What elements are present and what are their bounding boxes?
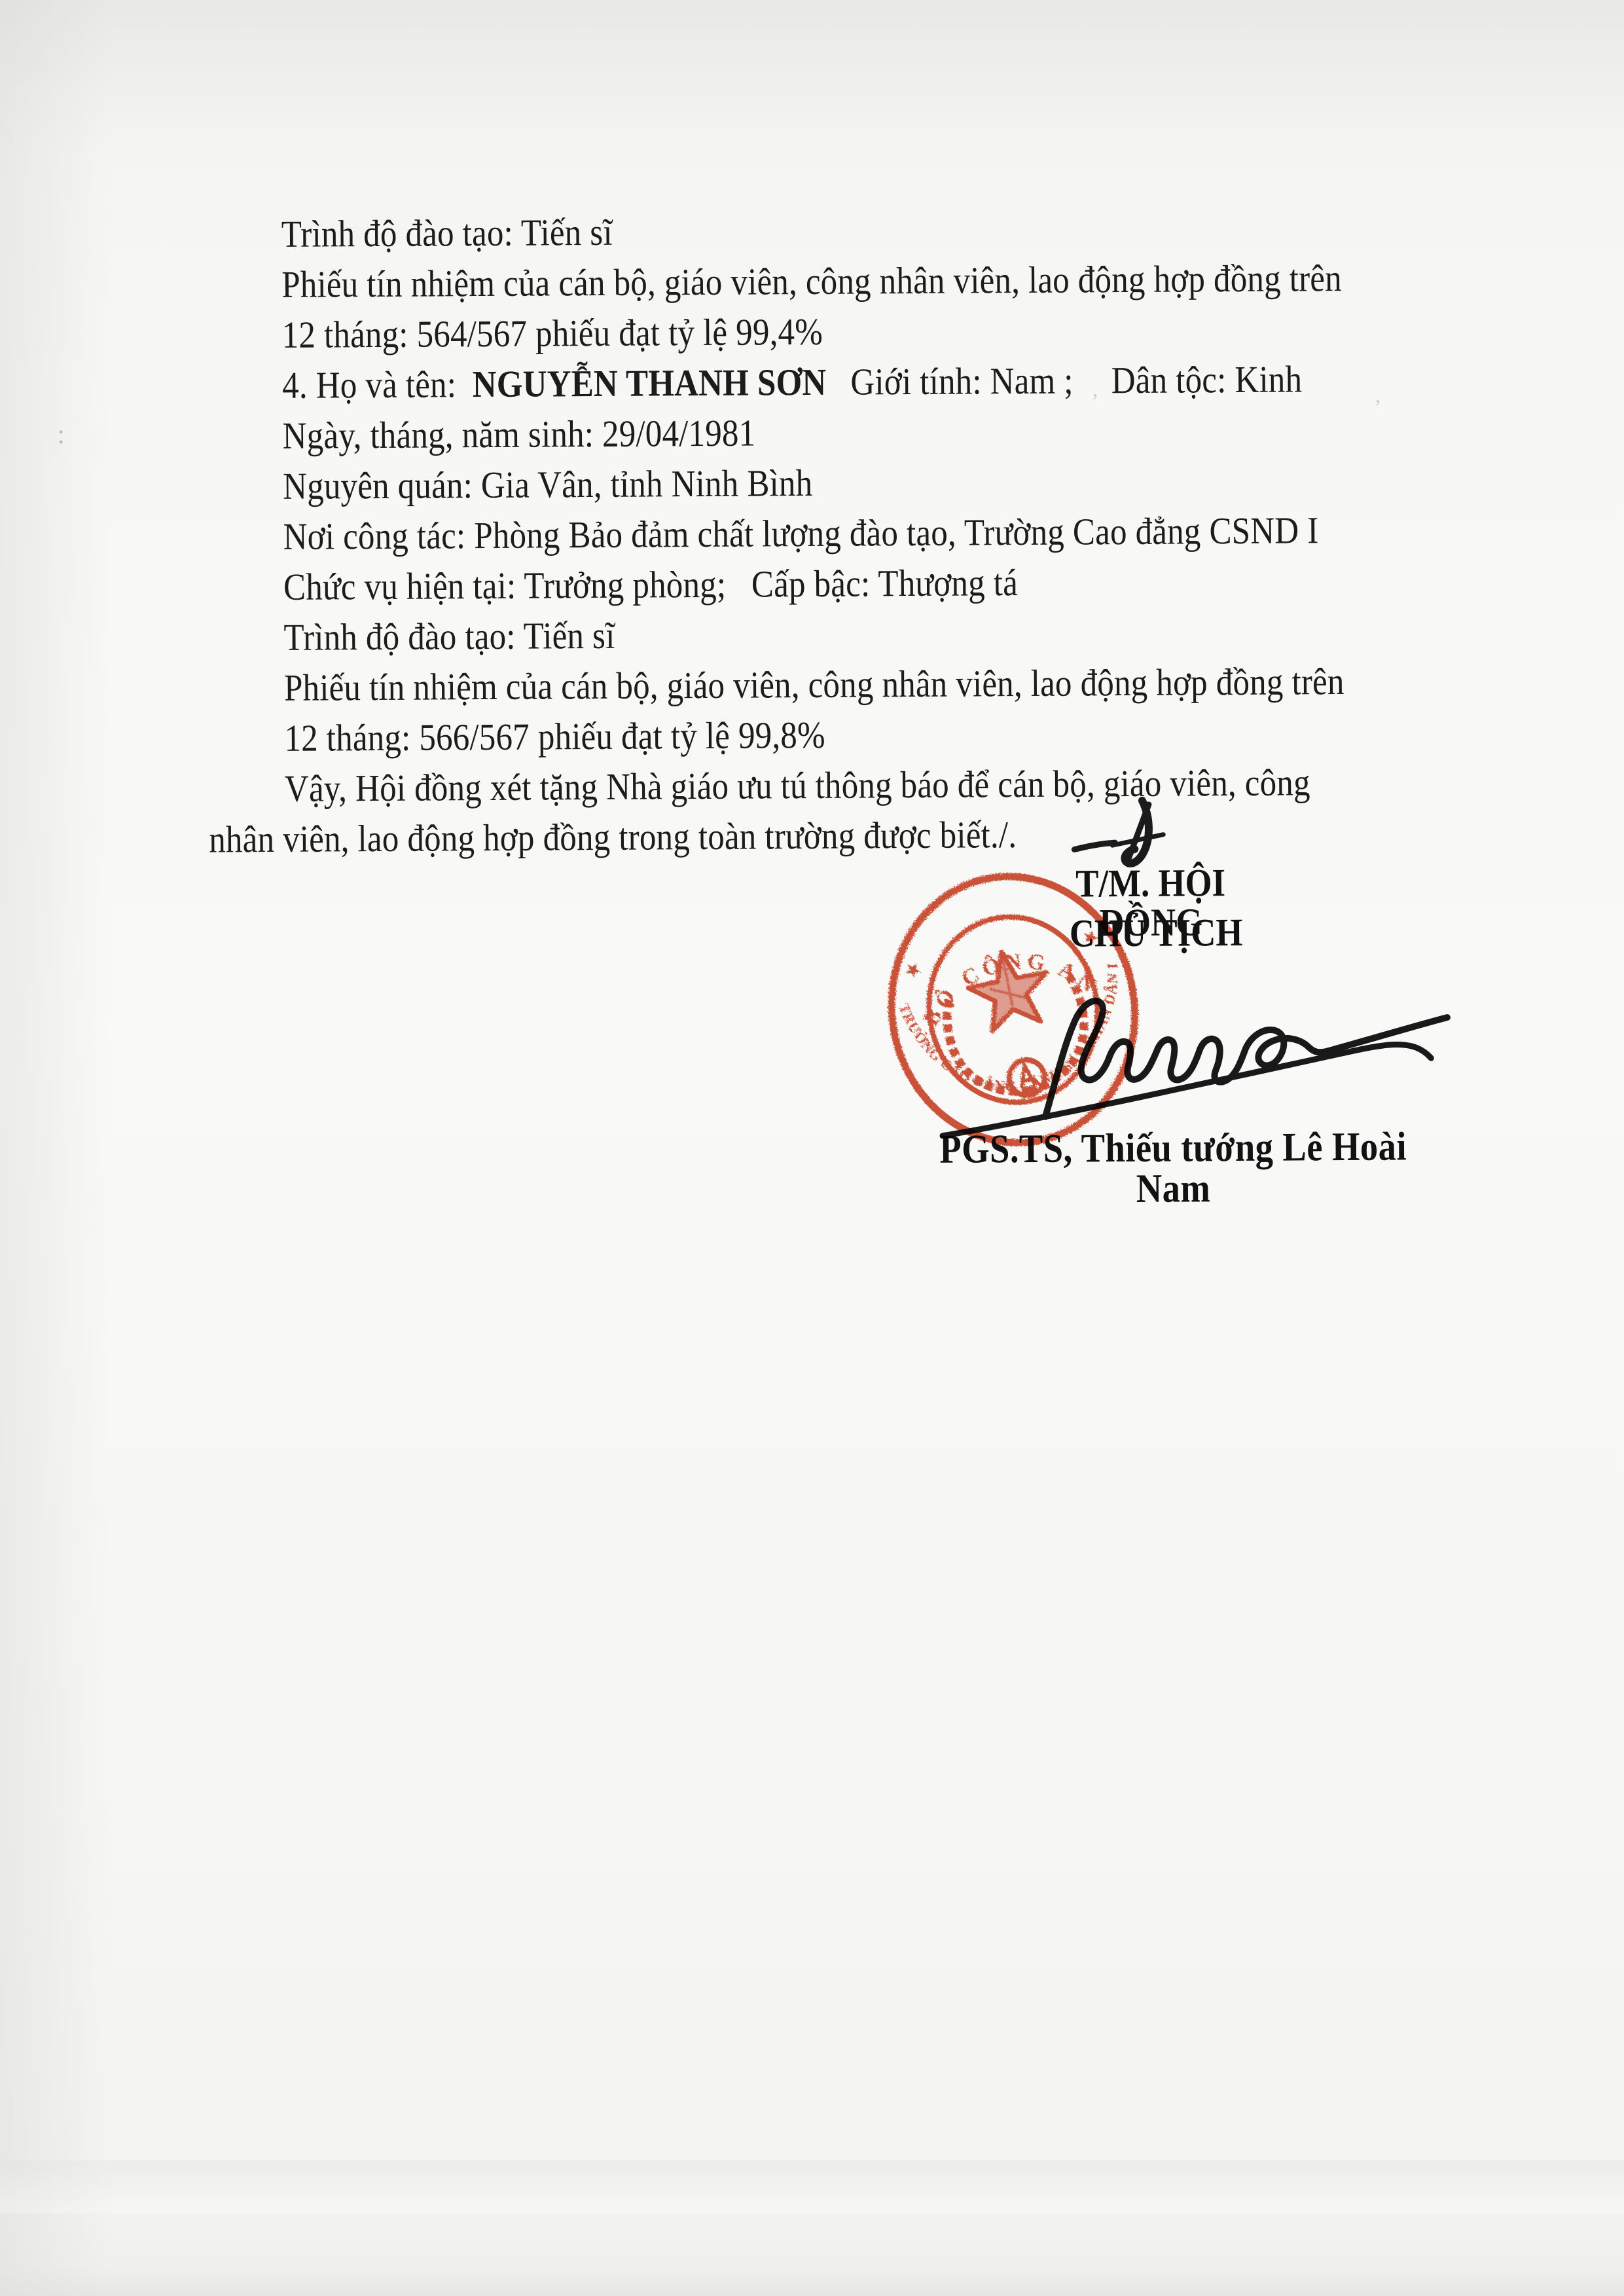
document-body: Trình độ đào tạo: Tiến sĩ Phiếu tín nhiệ… bbox=[205, 202, 1355, 865]
handwritten-signature bbox=[904, 983, 1547, 1262]
scan-speck: ’ bbox=[1374, 397, 1382, 420]
body-line: Phiếu tín nhiệm của cán bộ, giáo viên, c… bbox=[208, 656, 1355, 714]
ethnic-field: Dân tộc: Kinh bbox=[1111, 357, 1303, 401]
page-content: Trình độ đào tạo: Tiến sĩ Phiếu tín nhiệ… bbox=[0, 0, 1624, 2296]
body-line-position-row: Chức vụ hiện tại: Trưởng phòng;Cấp bậc: … bbox=[208, 555, 1354, 613]
body-line: 12 tháng: 566/567 phiếu đạt tỷ lệ 99,8% bbox=[208, 706, 1355, 764]
rank-field: Cấp bậc: Thượng tá bbox=[751, 561, 1018, 605]
name-row-prefix: 4. Họ và tên: bbox=[282, 363, 456, 407]
body-line: Trình độ đào tạo: Tiến sĩ bbox=[208, 606, 1354, 663]
scan-speck: ’ bbox=[1091, 391, 1099, 413]
person-name: NGUYỄN THANH SƠN bbox=[473, 361, 827, 405]
body-line: 12 tháng: 564/567 phiếu đạt tỷ lệ 99,4% bbox=[206, 303, 1352, 361]
scanned-document-page: Trình độ đào tạo: Tiến sĩ Phiếu tín nhiệ… bbox=[0, 0, 1624, 2296]
seal-separator-star: ★ bbox=[899, 957, 927, 985]
gender-field: Giới tính: Nam ; bbox=[850, 359, 1074, 403]
position-field: Chức vụ hiện tại: Trưởng phòng; bbox=[283, 563, 727, 608]
body-line: Ngày, tháng, năm sinh: 29/04/1981 bbox=[206, 404, 1353, 462]
pen-paraph-mark bbox=[1065, 788, 1190, 884]
body-line: Phiếu tín nhiệm của cán bộ, giáo viên, c… bbox=[206, 253, 1352, 310]
body-line: Nơi công tác: Phòng Bảo đảm chất lượng đ… bbox=[207, 505, 1354, 562]
scan-speck: : bbox=[57, 421, 65, 448]
seal-separator-star: ★ bbox=[1079, 925, 1102, 951]
body-line: Trình độ đào tạo: Tiến sĩ bbox=[205, 202, 1352, 260]
body-line-name-row: 4. Họ và tên:NGUYỄN THANH SƠNGiới tính: … bbox=[206, 354, 1353, 411]
body-line: Nguyên quán: Gia Vân, tỉnh Ninh Bình bbox=[207, 454, 1354, 512]
